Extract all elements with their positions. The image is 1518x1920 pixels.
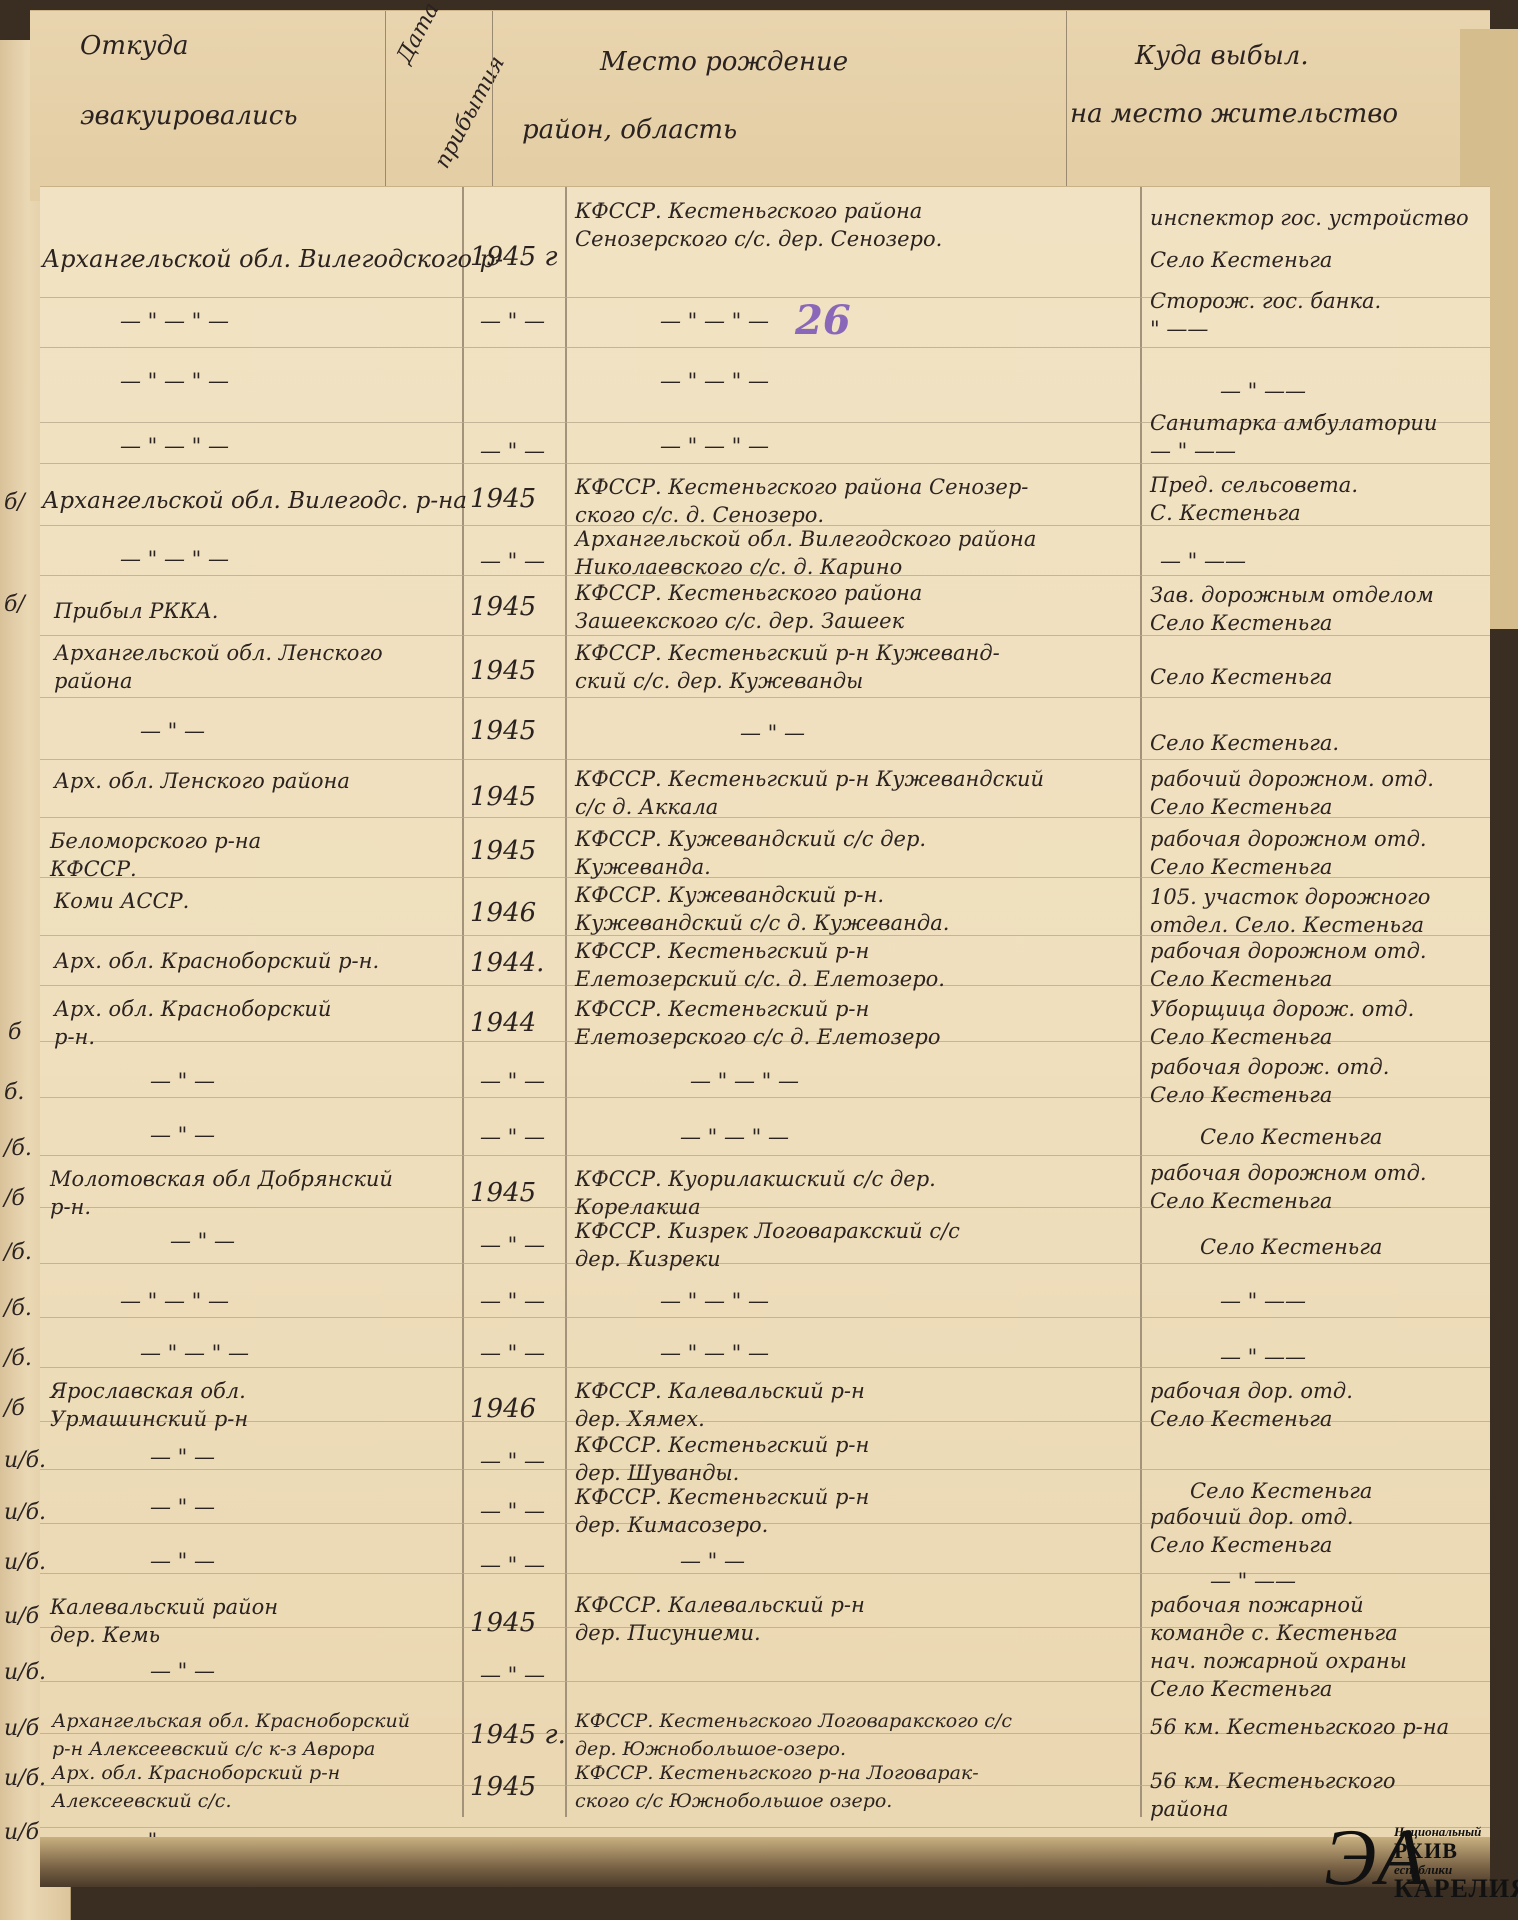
row-destination: рабочая дор. отд. Село Кестеньга: [1150, 1377, 1353, 1433]
row-from: Беломорского р-на КФССР.: [50, 827, 261, 883]
row-destination: рабочая дорожном отд. Село Кестеньга: [1150, 825, 1427, 881]
row-date: 1945: [470, 593, 536, 621]
archive-stamp-number: 26: [795, 297, 851, 344]
row-birthplace: КФССР. Кестеньгский р-н дер. Шуванды.: [575, 1431, 869, 1487]
row-destination: — " ——: [1160, 547, 1246, 575]
row-destination: инспектор гос. устройство Село Кестеньга: [1150, 197, 1469, 281]
row-date: 1944: [470, 1009, 536, 1037]
header-birth-line1: Место рождение: [600, 47, 848, 77]
row-destination: рабочая дорожном отд. Село Кестеньга: [1150, 937, 1427, 993]
row-date: 1945: [470, 485, 536, 513]
row-birthplace: — " — " —: [660, 307, 769, 335]
row-birthplace: КФССР. Кужевандский р-н. Кужевандский с/…: [575, 881, 949, 937]
row-birthplace: — " —: [680, 1547, 745, 1575]
margin-note: б/: [4, 592, 25, 617]
row-birthplace: КФССР. Кестеньгского района Зашеекского …: [575, 579, 922, 635]
row-from: — " —: [140, 717, 205, 745]
row-date: — " —: [480, 1287, 545, 1315]
row-birthplace: КФССР. Кестеньгский р-н Елетозерского с/…: [575, 995, 940, 1051]
row-birthplace: КФССР. Кестеньгского района Сенозерского…: [575, 197, 942, 253]
margin-note: и/б.: [4, 1660, 46, 1685]
margin-note: и/б: [4, 1820, 39, 1845]
row-destination: — " ——: [1220, 1287, 1306, 1315]
row-date: 1946: [470, 899, 536, 927]
row-date: — " —: [480, 1231, 545, 1259]
row-date: — " —: [480, 1447, 545, 1475]
row-from: — " —: [150, 1493, 215, 1521]
header-divider: [1066, 11, 1067, 201]
row-birthplace: — " — " —: [680, 1123, 789, 1151]
row-date: 1945: [470, 783, 536, 811]
logo-line-archive: РХИВ: [1394, 1838, 1458, 1864]
row-from: Архангельской обл. Ленского района: [54, 639, 383, 695]
margin-note: /б: [4, 1396, 25, 1421]
margin-note: и/б.: [4, 1550, 46, 1575]
row-birthplace: — " — " —: [660, 432, 769, 460]
header-dest-line2: на место жительство: [1070, 99, 1398, 129]
row-from: — " —: [170, 1227, 235, 1255]
header-divider: [385, 11, 386, 201]
header-date-line2: прибытия: [430, 52, 510, 173]
row-from: — " — " —: [120, 367, 229, 395]
row-birthplace: КФССР. Кестеньгский р-н Кужевандский с/с…: [575, 765, 1044, 821]
row-destination: Село Кестеньга: [1200, 1233, 1382, 1261]
row-from: Калевальский район дер. Кемь: [50, 1593, 278, 1649]
margin-note: /б: [4, 1186, 25, 1211]
row-destination: Село Кестеньга: [1150, 663, 1332, 691]
row-from: Архангельской обл. Вилегодс. р-на: [42, 487, 467, 515]
row-date: — " —: [480, 1123, 545, 1151]
row-birthplace: КФССР. Кестеньгский р-н Елетозерский с/с…: [575, 937, 945, 993]
row-from: Арх. обл. Ленского района: [54, 767, 350, 795]
row-from: — " — " —: [120, 1287, 229, 1315]
row-from: — " — " —: [120, 545, 229, 573]
row-from: — " — " —: [140, 1339, 249, 1367]
row-from: Арх. обл. Красноборский р-н.: [54, 995, 331, 1051]
row-birthplace: КФССР. Кестеньгского Логоваракского с/с …: [575, 1707, 1012, 1763]
row-birthplace: КФССР. Кестеньгского р-на Логоварак- ско…: [575, 1759, 979, 1815]
row-from: Арх. обл. Красноборский р-н Алексеевский…: [52, 1759, 340, 1815]
row-from: Ярославская обл. Урмашинский р-н: [50, 1377, 248, 1433]
row-from: Коми АССР.: [54, 887, 189, 915]
row-birthplace: КФССР. Кестеньгский р-н Кужеванд- ский с…: [575, 639, 1000, 695]
header-from-line1: Откуда: [80, 31, 189, 61]
row-from: — " —: [150, 1121, 215, 1149]
row-from: Архангельская обл. Красноборский р-н Але…: [52, 1707, 410, 1763]
row-from: — " —: [150, 1443, 215, 1471]
row-destination: рабочая дорожном отд. Село Кестеньга: [1150, 1159, 1427, 1215]
row-birthplace: Архангельской обл. Вилегодского района Н…: [575, 525, 1036, 581]
margin-note: /б.: [4, 1346, 32, 1371]
row-date: 1946: [470, 1395, 536, 1423]
row-destination: Зав. дорожным отделом Село Кестеньга: [1150, 581, 1434, 637]
margin-note: и/б.: [4, 1448, 46, 1473]
row-date: 1945: [470, 1609, 536, 1637]
margin-note: и/б: [4, 1716, 39, 1741]
row-destination: Уборщица дорож. отд. Село Кестеньга: [1150, 995, 1414, 1051]
row-birthplace: КФССР. Куорилакшский с/с дер. Корелакша: [575, 1165, 936, 1221]
row-date: — " —: [480, 307, 545, 335]
margin-note: б.: [4, 1080, 24, 1105]
row-destination: 105. участок дорожного отдел. Село. Кест…: [1150, 883, 1430, 939]
row-destination: рабочий дор. отд. Село Кестеньга: [1150, 1503, 1354, 1559]
archive-watermark-logo: ЭА Национальный РХИВ еспублики КАРЕЛИЯ: [1324, 1818, 1514, 1908]
row-from: Архангельской обл. Вилегодского р-: [42, 245, 503, 273]
header-dest-line1: Куда выбыл.: [1135, 41, 1309, 71]
row-birthplace: КФССР. Калевальский р-н дер. Хямех.: [575, 1377, 865, 1433]
row-destination: 56 км. Кестеньгского р-на: [1150, 1713, 1449, 1741]
margin-note: и/б: [4, 1604, 39, 1629]
margin-note: и/б.: [4, 1500, 46, 1525]
row-date: — " —: [480, 1661, 545, 1689]
header-date-line1: Дата: [392, 0, 445, 68]
row-birthplace: — " — " —: [690, 1067, 799, 1095]
row-from: — " —: [150, 1547, 215, 1575]
margin-note: и/б.: [4, 1766, 46, 1791]
margin-note: б/: [4, 490, 25, 515]
margin-note: /б.: [4, 1240, 32, 1265]
row-date: 1945: [470, 1773, 536, 1801]
row-destination: рабочий дорожном. отд. Село Кестеньга: [1150, 765, 1434, 821]
row-birthplace: — " — " —: [660, 1339, 769, 1367]
row-birthplace: КФССР. Кестеньгского района Сенозер- ско…: [575, 473, 1028, 529]
row-birthplace: КФССР. Кужевандский с/с дер. Кужеванда.: [575, 825, 926, 881]
row-birthplace: КФССР. Кестеньгский р-н дер. Кимасозеро.: [575, 1483, 869, 1539]
margin-note: /б.: [4, 1296, 32, 1321]
row-birthplace: — " — " —: [660, 1287, 769, 1315]
row-date: 1944.: [470, 949, 544, 977]
row-birthplace: КФССР. Кизрек Логоваракский с/с дер. Киз…: [575, 1217, 960, 1273]
logo-line-karelia: КАРЕЛИЯ: [1394, 1874, 1518, 1904]
row-date: — " —: [480, 437, 545, 465]
row-destination: рабочая дорож. отд. Село Кестеньга: [1150, 1053, 1389, 1109]
row-from: — " — " —: [120, 307, 229, 335]
row-date: 1945: [470, 837, 536, 865]
row-birthplace: — " —: [740, 719, 805, 747]
row-destination: Сторож. гос. банка. " ——: [1150, 287, 1381, 343]
row-date: 1945: [470, 1179, 536, 1207]
row-destination: Санитарка амбулатории — " ——: [1150, 409, 1437, 465]
row-date: 1945 г.: [470, 1721, 566, 1749]
row-destination: Пред. сельсовета. С. Кестеньга: [1150, 471, 1358, 527]
row-date: 1945: [470, 717, 536, 745]
row-destination: — " ——: [1220, 1343, 1306, 1371]
ledger-sheet: 26 Архангельской обл. Вилегодского р- 19…: [40, 186, 1490, 1887]
row-from: Арх. обл. Красноборский р-н.: [54, 947, 379, 975]
header-divider: [492, 11, 493, 201]
row-date: 1945 г: [470, 243, 558, 271]
margin-note: /б.: [4, 1136, 32, 1161]
row-destination: Село Кестеньга: [1190, 1477, 1372, 1505]
margin-note: б: [8, 1020, 21, 1045]
row-date: 1945: [470, 657, 536, 685]
row-destination: нач. пожарной охраны Село Кестеньга: [1150, 1647, 1407, 1703]
row-destination: рабочая пожарной команде с. Кестеньга: [1150, 1591, 1398, 1647]
row-from: — " —: [150, 1657, 215, 1685]
row-from: Молотовская обл Добрянский р-н.: [50, 1165, 393, 1221]
row-destination: — " ——: [1220, 377, 1306, 405]
row-destination: Село Кестеньга.: [1150, 729, 1339, 757]
row-date: — " —: [480, 1497, 545, 1525]
row-date: — " —: [480, 1067, 545, 1095]
row-birthplace: КФССР. Калевальский р-н дер. Писуниеми.: [575, 1591, 865, 1647]
row-date: — " —: [480, 1339, 545, 1367]
header-from-line2: эвакуировались: [80, 101, 298, 131]
header-birth-line2: район, область: [522, 115, 737, 145]
row-from: — " —: [150, 1067, 215, 1095]
row-destination: Село Кестеньга: [1200, 1123, 1382, 1151]
row-date: — " —: [480, 547, 545, 575]
row-birthplace: — " — " —: [660, 367, 769, 395]
column-header-sheet: Откуда эвакуировались Дата прибытия Мест…: [30, 10, 1490, 201]
row-from: Прибыл РККА.: [54, 597, 218, 625]
row-from: — " — " —: [120, 432, 229, 460]
row-date: — " —: [480, 1551, 545, 1579]
page-bottom-edge: [40, 1837, 1490, 1887]
